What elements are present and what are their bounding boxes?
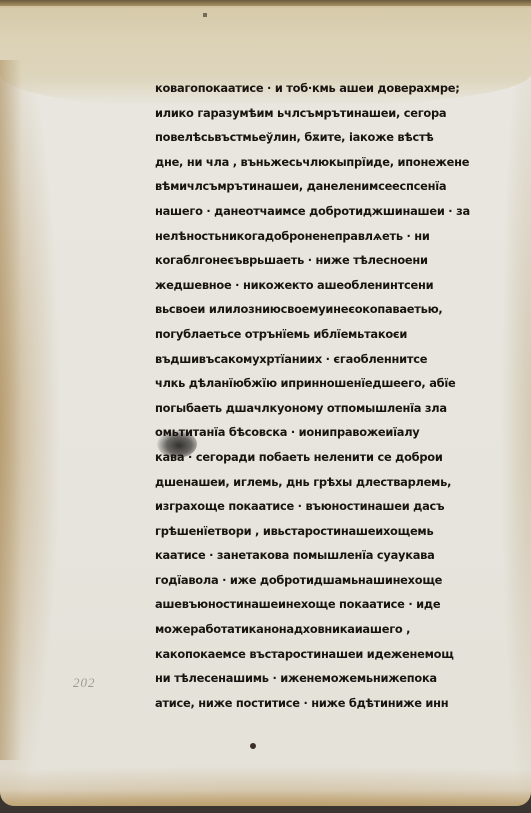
text-line: погыбаеть дшачлкуоному отпомышленїа зла	[155, 396, 473, 421]
text-line: какопокаемсе въстаростинашеи идеженемощ	[155, 642, 473, 667]
text-line: грѣшенїетвори , ивьстаростинашеихощемь	[155, 519, 473, 544]
manuscript-text-block: ковагопокаатисе · и тоб·кмь ашеи доверах…	[155, 76, 473, 715]
text-line: омьтитанїа бѣсовска · иониправожеиїалу	[155, 420, 473, 445]
text-line: вьсвоеи илилозниюсвоемуинеєокопаваетью,	[155, 297, 473, 322]
text-line: дшенашеи, иглемь, днь грѣхы длестварлемь…	[155, 470, 473, 495]
text-line: нашего · данеотчаимсе добротиджшинашеи ·…	[155, 199, 473, 224]
text-line: члкь дѣланїюбжїю ипринношенїедшеего, абї…	[155, 371, 473, 396]
text-line: илико гаразумѣим ьчлсъмрътинашеи, сегора	[155, 101, 473, 126]
speck-mark-bottom	[250, 743, 256, 749]
text-line: дне, ни члa , въньжесьчлюкыпрїиде, ипоне…	[155, 150, 473, 175]
text-line: кава · сегоради побаеть неленити се добр…	[155, 445, 473, 470]
text-line: каатисе · занетакова помышленїа суаукава	[155, 543, 473, 568]
text-line: жедшевное · никожекто ашеобленинтсени	[155, 273, 473, 298]
page-top-edge	[0, 0, 531, 6]
text-line: годїавола · иже добротидшамьнашинехоще	[155, 568, 473, 593]
text-line: когаблгонеєъврьшаеть · ниже тѣлесноени	[155, 248, 473, 273]
text-line: погублаетьсе отрънїемь иблїемьтакоєи	[155, 322, 473, 347]
text-line: ашевъюностинашеинехоще покаатисе · иде	[155, 592, 473, 617]
speck-mark-top	[203, 13, 207, 17]
text-line: вѣмичлсъмрътинашеи, данеленимсееспсенїа	[155, 174, 473, 199]
ink-blot	[157, 430, 197, 458]
text-line: можеработатиканонадховникаиашего ,	[155, 617, 473, 642]
manuscript-page: ковагопокаатисе · и тоб·кмь ашеи доверах…	[0, 0, 531, 806]
text-line: изграхоще покаатисе · въюностинашеи дасъ	[155, 494, 473, 519]
text-line: ковагопокаатисе · и тоб·кмь ашеи доверах…	[155, 76, 473, 101]
water-stain-left	[0, 60, 22, 760]
text-line: ни тѣлесенашимь · иженеможемьнижепока	[155, 666, 473, 691]
text-line: въдшивъсакомухртїаниих · єгаобленнитсе	[155, 347, 473, 372]
text-line: атисе, ниже поститисе · ниже бдѣтиниже и…	[155, 691, 473, 716]
text-line: повелѣсьвъстмьеўлин, бѫите, іакоже вѣстѣ	[155, 125, 473, 150]
page-bottom-edge	[0, 790, 531, 806]
pencil-folio-number: 202	[73, 675, 96, 691]
text-line: нелѣностьникогадоброненеправлѧеть · ни	[155, 224, 473, 249]
